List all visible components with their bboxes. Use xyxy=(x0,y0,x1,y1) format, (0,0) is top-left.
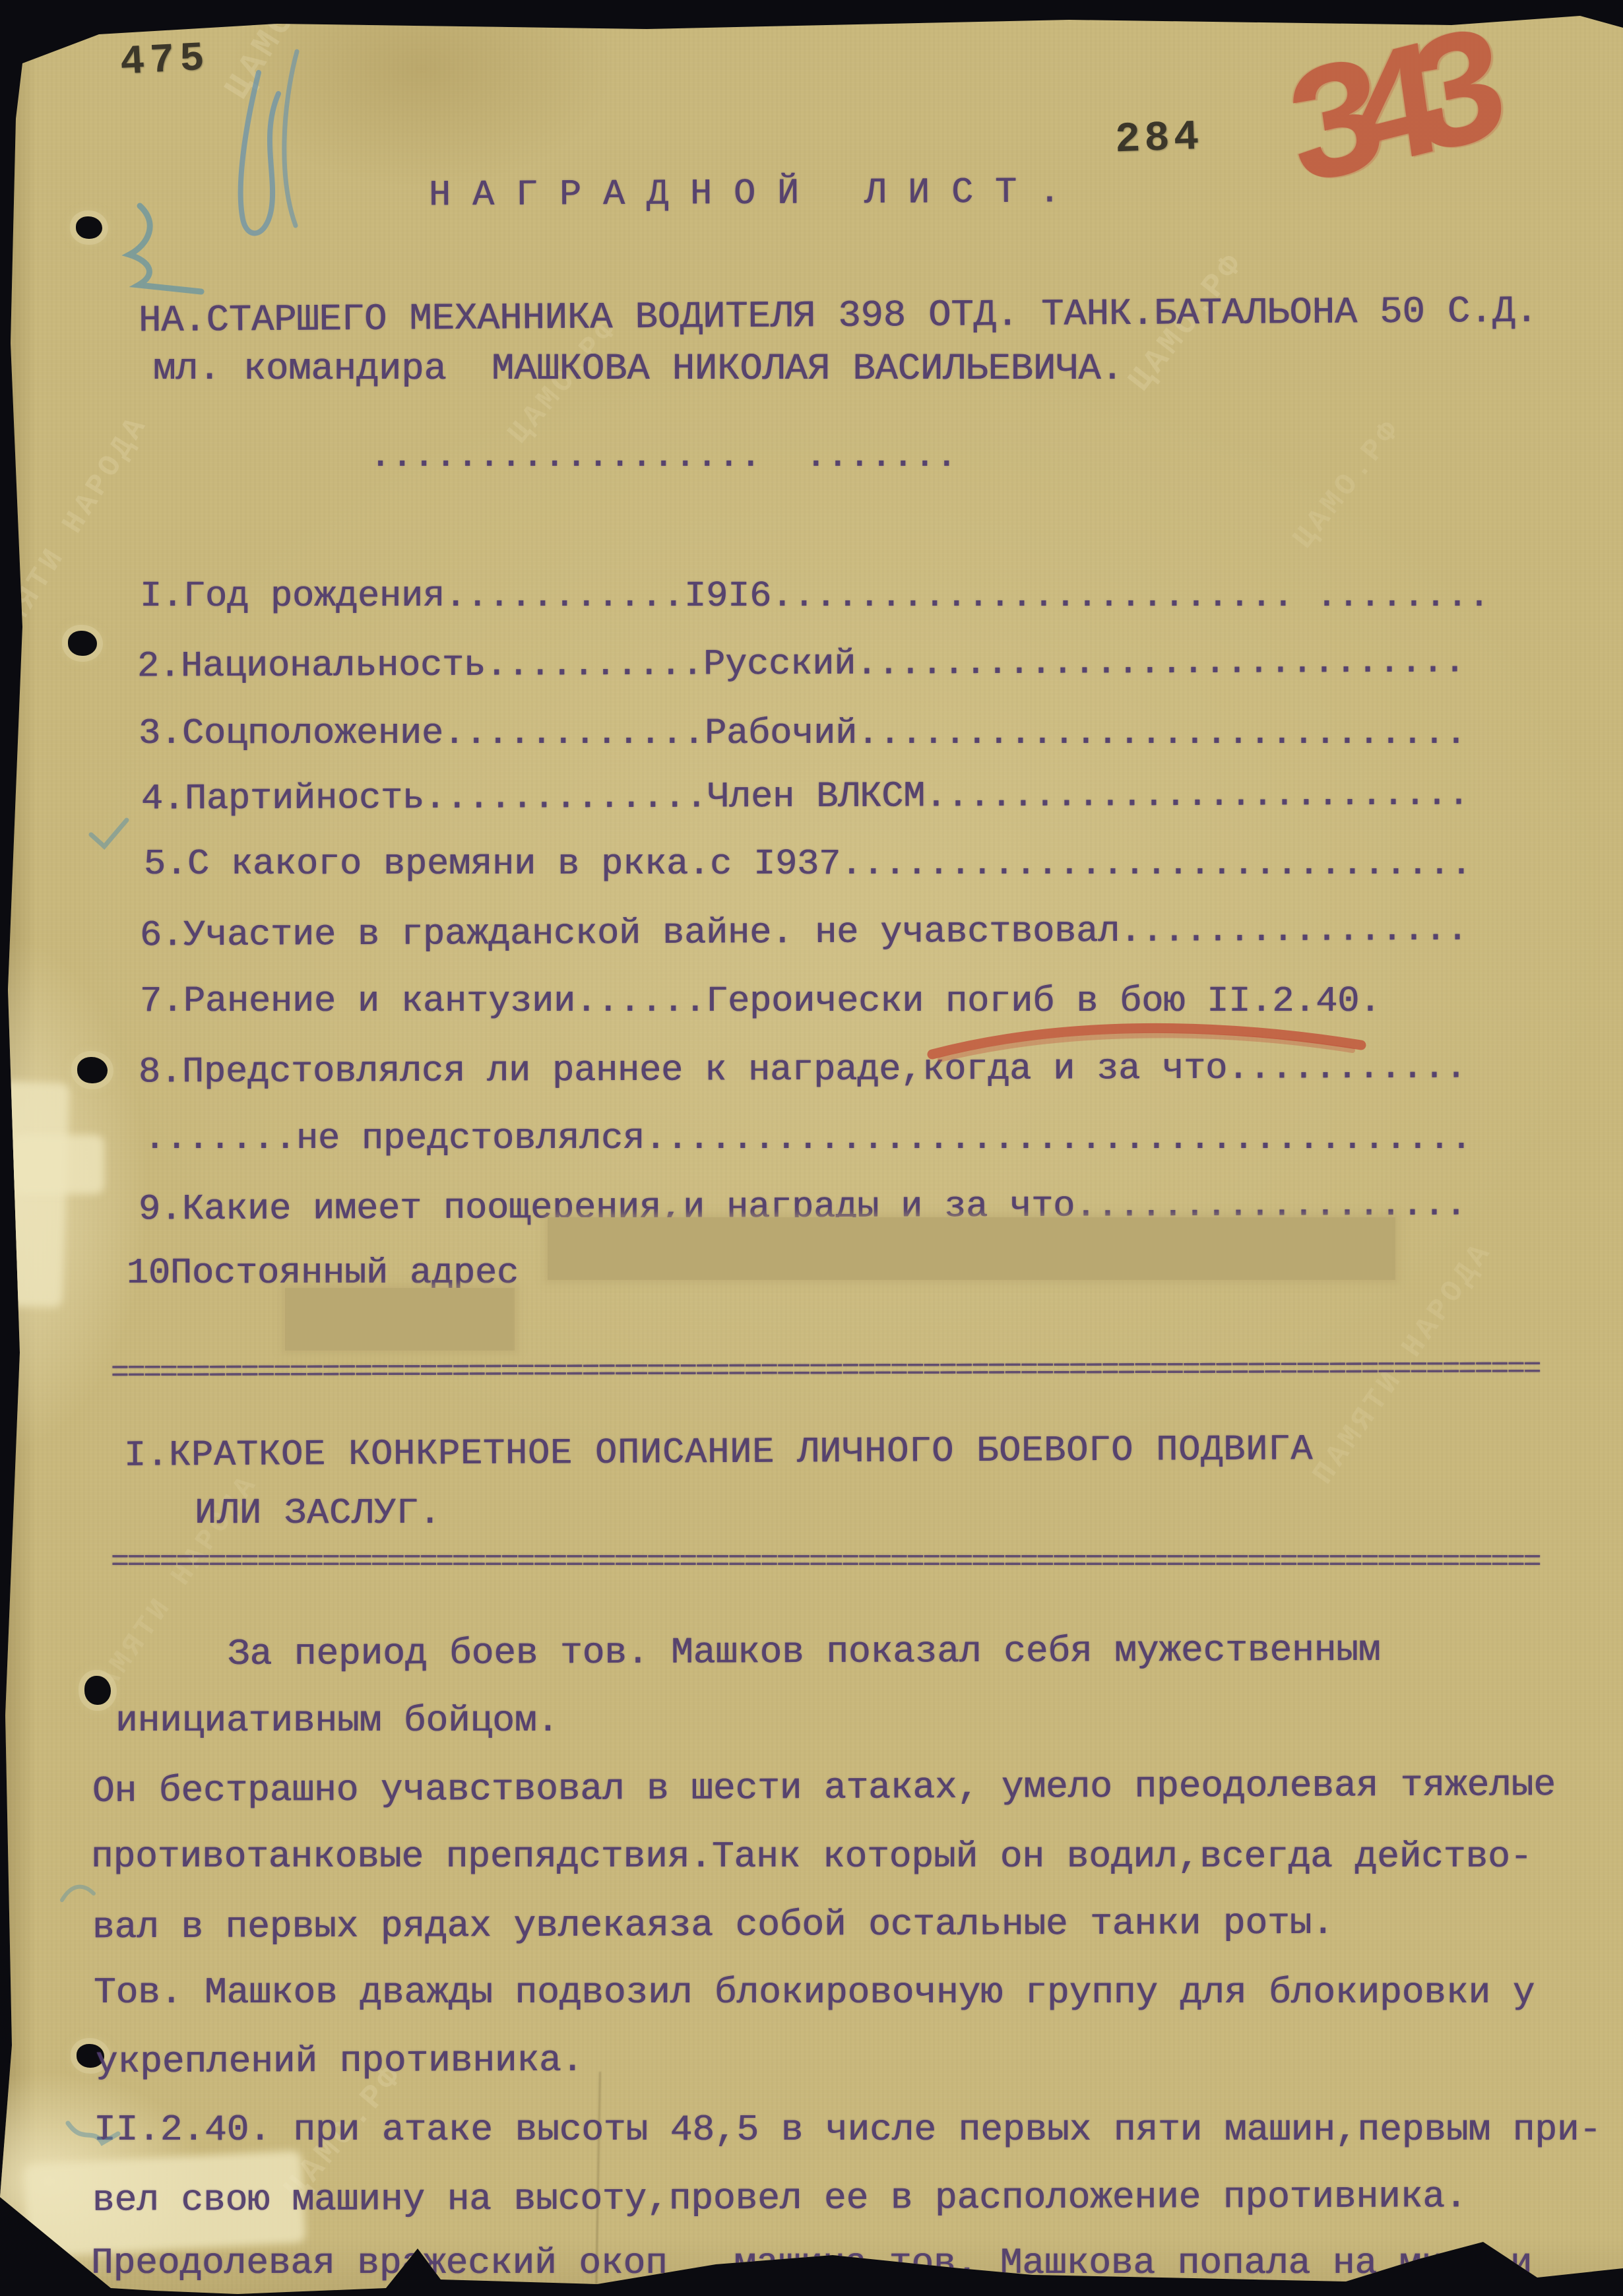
dotted-separator: .................. ....... xyxy=(369,435,957,477)
tape-patch xyxy=(0,1081,70,1308)
teal-pencil-mark xyxy=(86,815,132,854)
body-line-5: вал в первых рядах увлекаяза собой остал… xyxy=(92,1902,1334,1949)
archive-number-stamp: 475 xyxy=(119,34,210,86)
page-number-stamp: 284 xyxy=(1114,114,1204,165)
blue-pencil-scribble xyxy=(198,46,383,244)
section-heading-line-2: ИЛИ ЗАСЛУГ. xyxy=(195,1492,441,1534)
field-line-6: 6.Участие в гражданской вайне. не учавст… xyxy=(140,909,1469,957)
punch-hole xyxy=(77,1057,108,1083)
section-heading-line-1: I.КРАТКОЕ КОНКРЕТНОЕ ОПИСАНИЕ ЛИЧНОГО БО… xyxy=(124,1428,1314,1476)
body-line-10: Преодолевая вражеский окоп , машина тов.… xyxy=(91,2242,1532,2284)
header-line-2: мл. командира МАШКОВА НИКОЛАЯ ВАСИЛЬЕВИЧ… xyxy=(153,348,1124,391)
tape-patch xyxy=(12,1135,104,1194)
document-title: Н А Г Р А Д Н О Й Л И С Т . xyxy=(429,171,1060,216)
double-rule-bottom: ========================================… xyxy=(111,1545,1539,1579)
red-crayon-underline xyxy=(920,1011,1376,1070)
teal-pencil-mark xyxy=(58,1874,98,1913)
punch-hole xyxy=(84,1676,111,1705)
body-line-3: Он бестрашно учавствовал в шести атаках,… xyxy=(92,1764,1556,1812)
field-line-1: I.Год рождения...........I9I6...........… xyxy=(140,575,1490,617)
double-rule-top: ========================================… xyxy=(111,1352,1539,1390)
body-line-9: вел свою машину на высоту,провел ее в ра… xyxy=(92,2175,1467,2221)
field-line-5: 5.С какого времяни в ркка.с I937........… xyxy=(144,843,1472,885)
body-line-8: II.2.40. при атаке высоты 48,5 в числе п… xyxy=(94,2109,1601,2151)
redaction-box xyxy=(285,1288,515,1351)
body-line-4: противотанковые препядствия.Танк который… xyxy=(91,1835,1532,1878)
red-crayon-number: 343 xyxy=(1276,4,1484,236)
punch-hole xyxy=(68,631,97,656)
field-line-2: 2.Национальность..........Русский.......… xyxy=(137,641,1466,687)
paper-sheet: ЦАМО.РФ ПАМЯТИ НАРОДА ЦАМО.РФ ЦАМО.РФ ЦА… xyxy=(0,0,1623,2296)
body-line-6: Тов. Машков дважды подвозил блокировочну… xyxy=(94,1971,1535,2014)
redaction-box xyxy=(548,1217,1395,1280)
body-line-1: За период боев тов. Машков показал себя … xyxy=(228,1629,1381,1675)
header-line-1: НА.СТАРШЕГО МЕХАННИКА ВОДИТЕЛЯ 398 ОТД. … xyxy=(139,291,1538,343)
body-line-7: укреплений противника. xyxy=(96,2039,584,2084)
watermark-text: ЦАМО.РФ xyxy=(1287,412,1409,556)
field-line-8b: .......не предстовлялся.................… xyxy=(144,1118,1472,1159)
teal-pencil-mark xyxy=(63,2111,122,2157)
scanned-document: ЦАМО.РФ ПАМЯТИ НАРОДА ЦАМО.РФ ЦАМО.РФ ЦА… xyxy=(0,0,1623,2296)
body-line-2: инициативным бойцом. xyxy=(115,1700,559,1742)
field-line-4: 4.Партийность.............Член ВЛКСМ....… xyxy=(141,773,1470,819)
teal-pencil-mark xyxy=(92,198,218,310)
field-line-3: 3.Соцположение............Рабочий.......… xyxy=(139,713,1467,754)
